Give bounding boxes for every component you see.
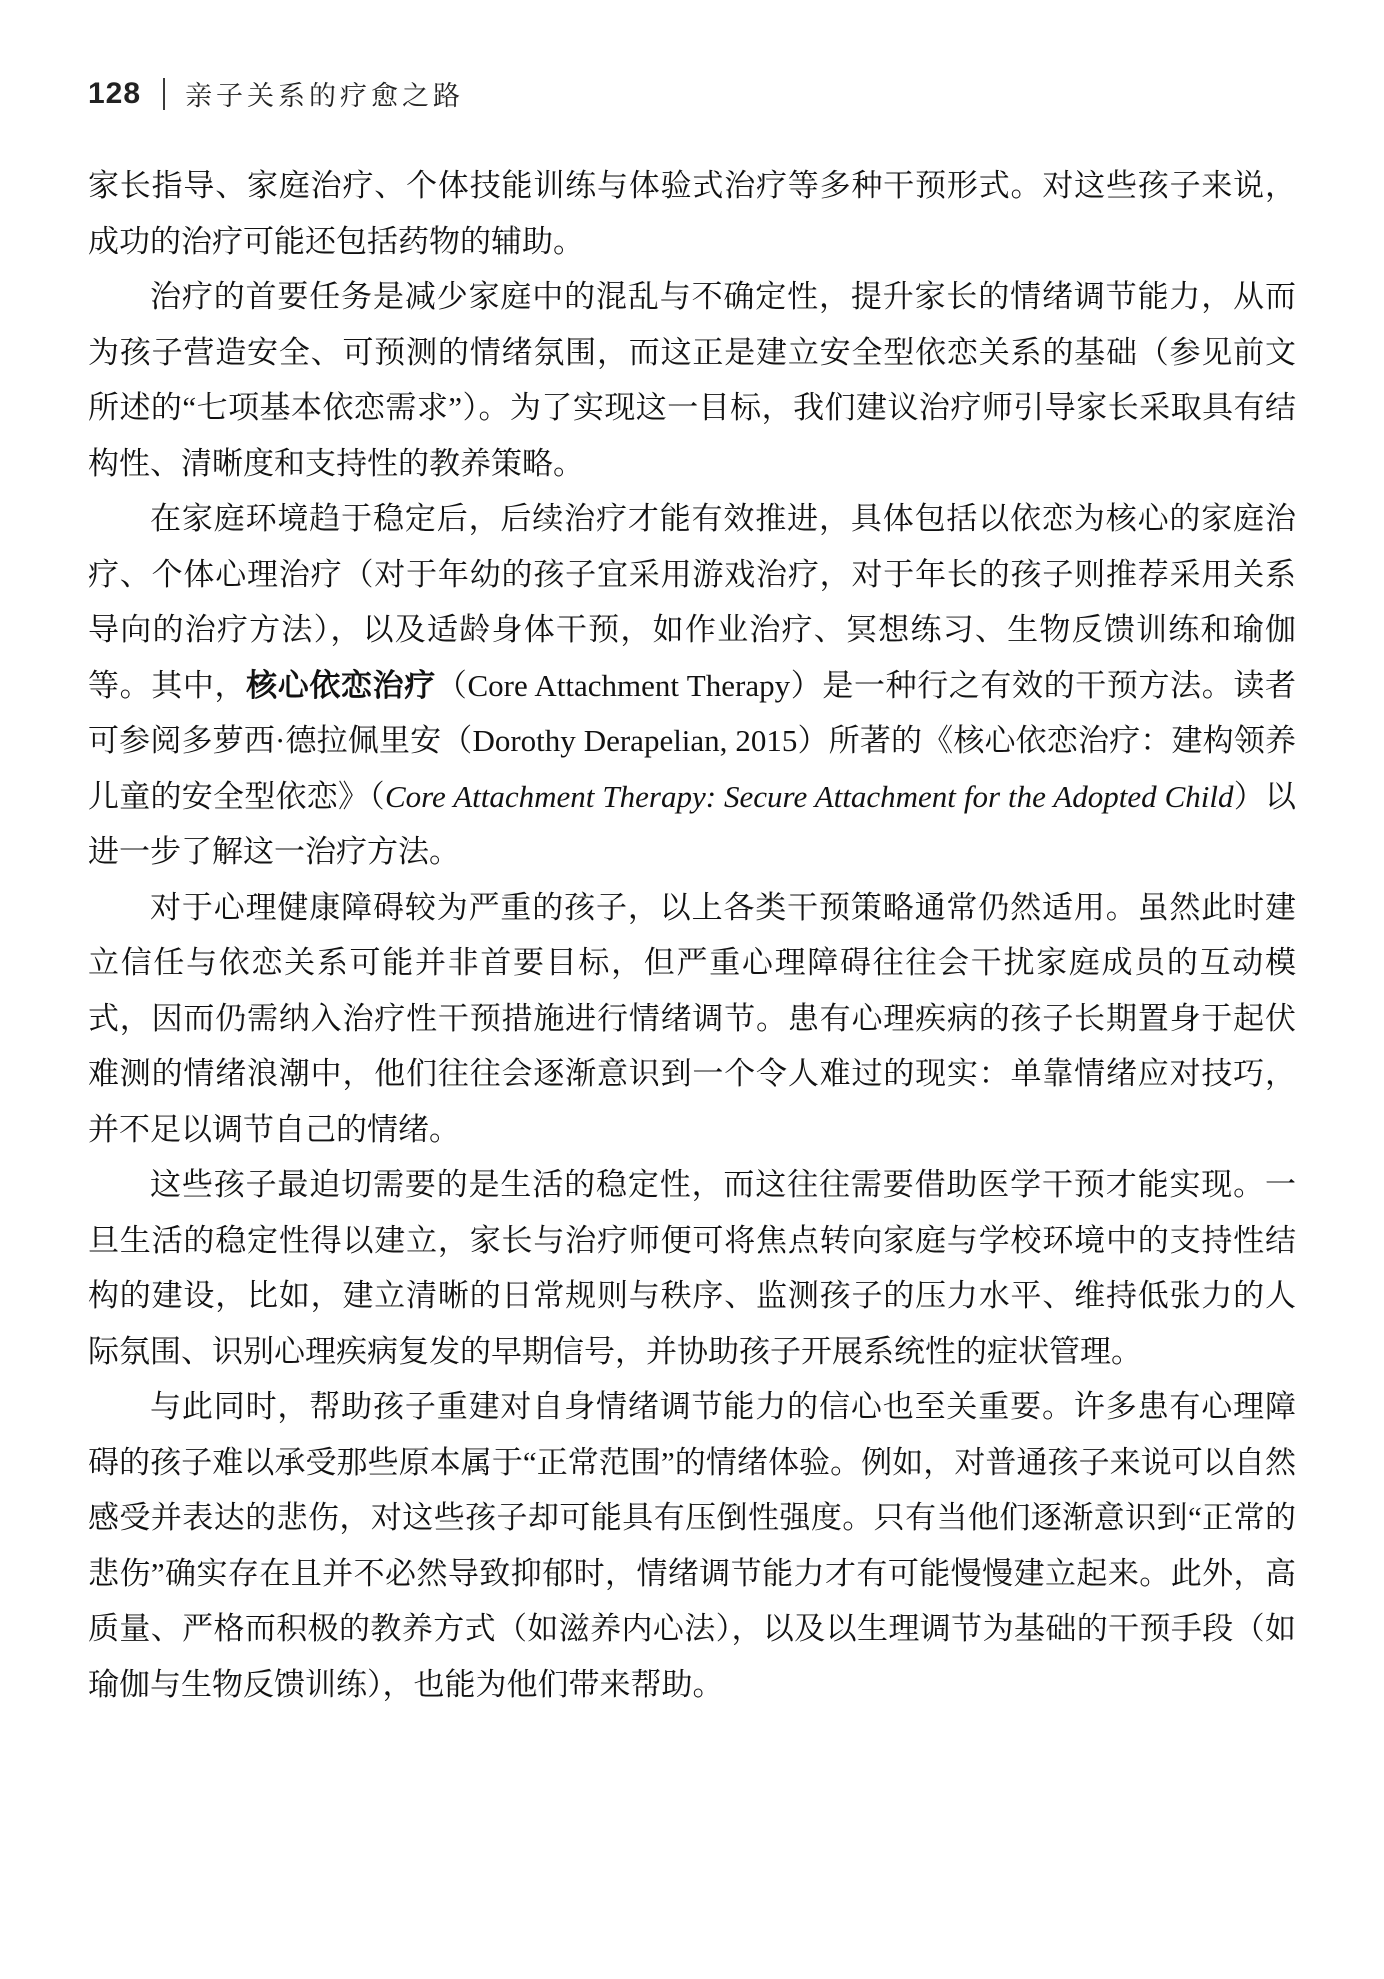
header-divider	[163, 78, 165, 110]
page-header: 128 亲子关系的疗愈之路	[88, 74, 464, 113]
paragraph: 这些孩子最迫切需要的是生活的稳定性，而这往往需要借助医学干预才能实现。一旦生活的…	[88, 1157, 1296, 1379]
text-run: 治疗的首要任务是减少家庭中的混乱与不确定性，提升家长的情绪调节能力，从而为孩子营…	[88, 279, 1296, 481]
paragraph: 与此同时，帮助孩子重建对自身情绪调节能力的信心也至关重要。许多患有心理障碍的孩子…	[88, 1379, 1296, 1712]
bold-term: 核心依恋治疗	[246, 668, 436, 703]
text-run: 与此同时，帮助孩子重建对自身情绪调节能力的信心也至关重要。许多患有心理障碍的孩子…	[88, 1389, 1296, 1702]
text-run: 家长指导、家庭治疗、个体技能训练与体验式治疗等多种干预形式。对这些孩子来说，成功…	[88, 168, 1296, 259]
paragraph: 家长指导、家庭治疗、个体技能训练与体验式治疗等多种干预形式。对这些孩子来说，成功…	[88, 158, 1296, 269]
paragraph: 对于心理健康障碍较为严重的孩子，以上各类干预策略通常仍然适用。虽然此时建立信任与…	[88, 880, 1296, 1158]
running-title: 亲子关系的疗愈之路	[185, 74, 464, 113]
book-page: 128 亲子关系的疗愈之路 家长指导、家庭治疗、个体技能训练与体验式治疗等多种干…	[0, 0, 1384, 1979]
paragraph: 治疗的首要任务是减少家庭中的混乱与不确定性，提升家长的情绪调节能力，从而为孩子营…	[88, 269, 1296, 491]
page-number: 128	[88, 77, 141, 111]
italic-book-title: Core Attachment Therapy: Secure Attachme…	[385, 779, 1234, 814]
page-body-text: 家长指导、家庭治疗、个体技能训练与体验式治疗等多种干预形式。对这些孩子来说，成功…	[88, 158, 1296, 1712]
text-run: 这些孩子最迫切需要的是生活的稳定性，而这往往需要借助医学干预才能实现。一旦生活的…	[88, 1167, 1296, 1369]
text-run: 对于心理健康障碍较为严重的孩子，以上各类干预策略通常仍然适用。虽然此时建立信任与…	[88, 890, 1296, 1147]
paragraph: 在家庭环境趋于稳定后，后续治疗才能有效推进，具体包括以依恋为核心的家庭治疗、个体…	[88, 491, 1296, 880]
